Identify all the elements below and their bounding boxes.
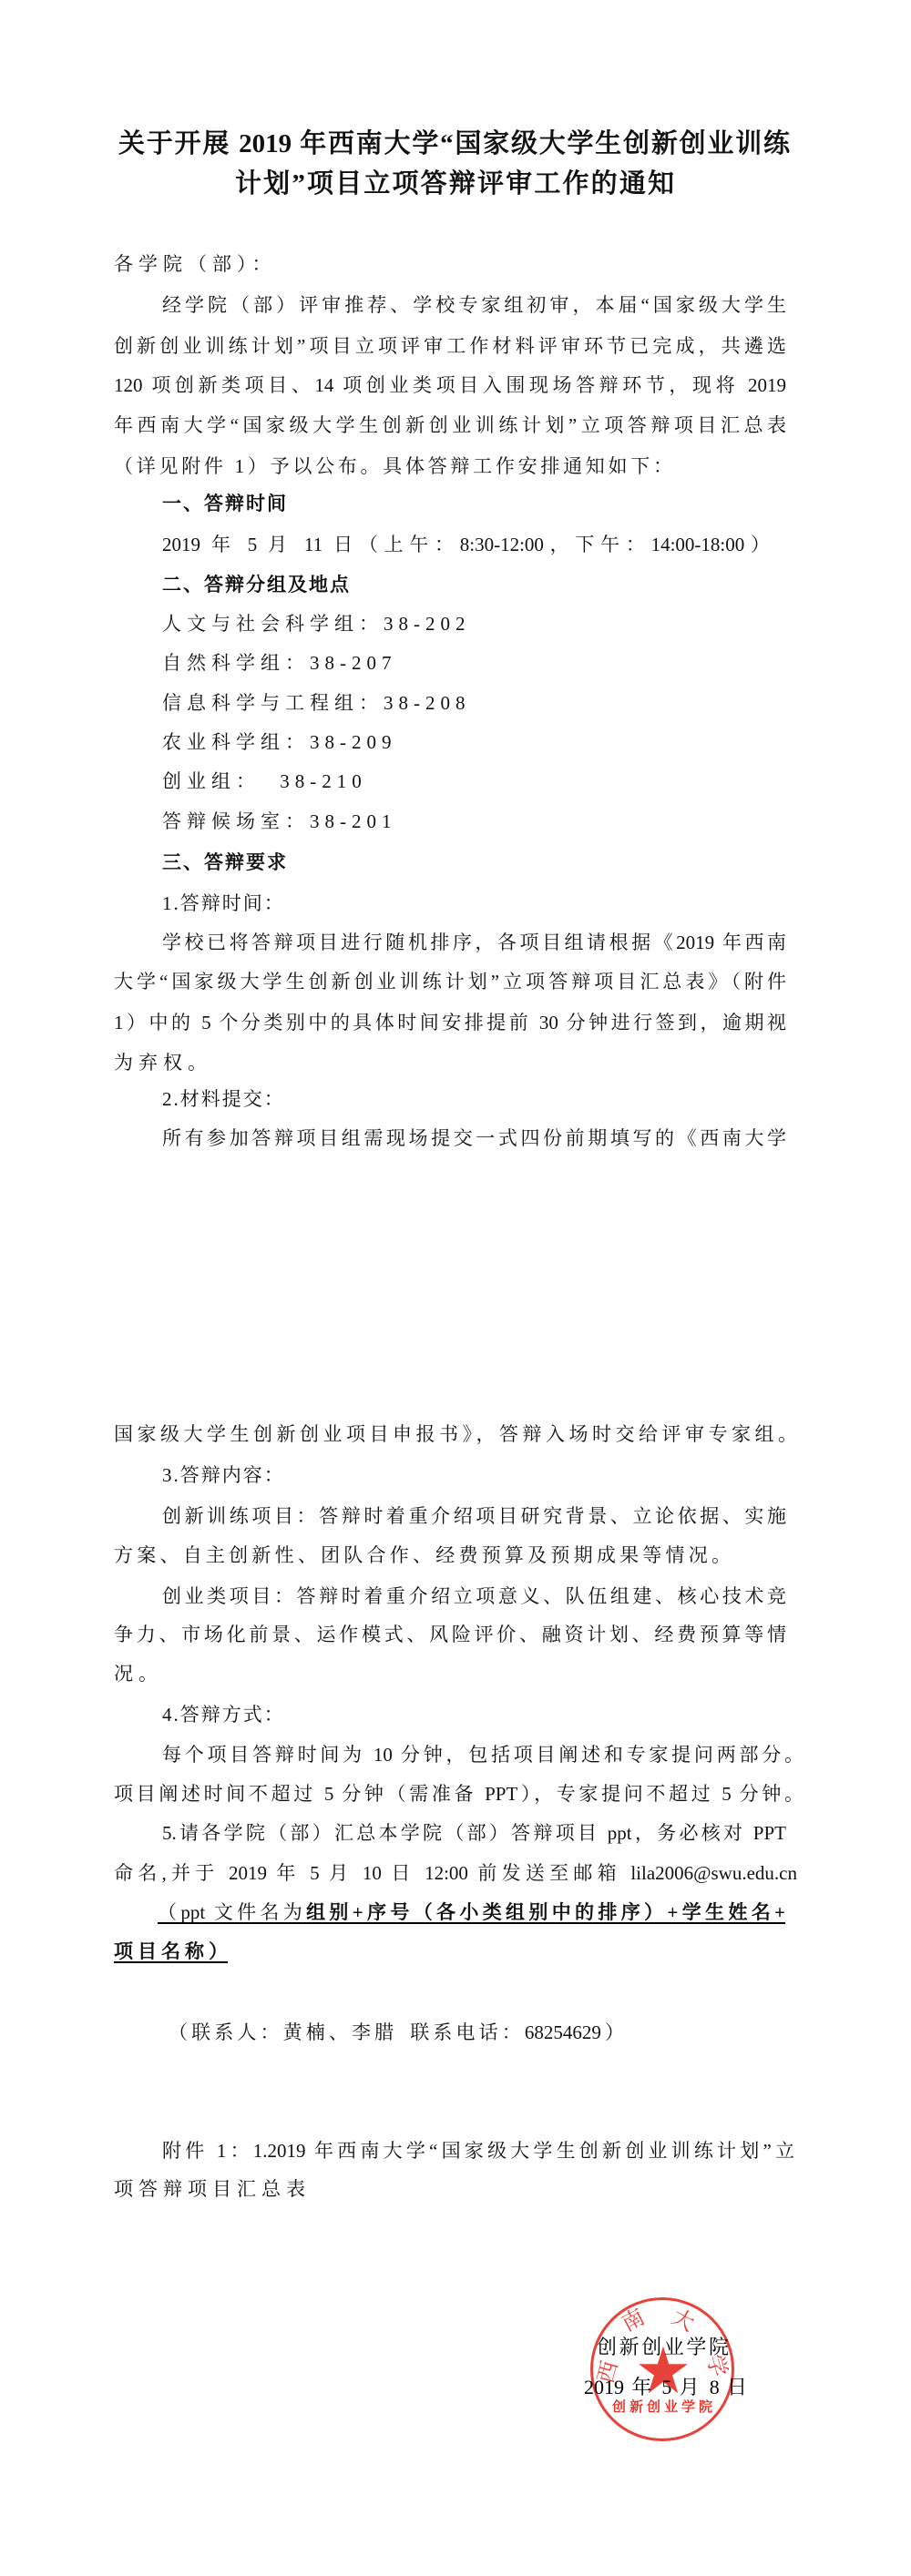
requirement-line: 方案、自主创新性、团队合作、经费预算及预期成果等情况。: [114, 1542, 731, 1569]
requirement-line: 国家级大学生创新创业项目申报书》，答辩入场时交给评审专家组。: [114, 1420, 797, 1448]
group-room: 38-209: [310, 731, 397, 753]
section-heading: 二、答辩分组及地点: [162, 571, 351, 598]
intro-line: 120 项创新类项目、14 项创业类项目入围现场答辩环节，现将 2019: [114, 372, 786, 399]
group-name: 自然科学组：: [162, 652, 310, 674]
filename-note-line-2: 项目名称）: [114, 1938, 228, 1963]
group-room: 38-210: [280, 770, 367, 792]
group-name: 答辩候场室：: [162, 810, 310, 832]
requirement-heading: 1.答辩时间：: [162, 890, 285, 917]
filename-note-prefix: （ppt 文件名为: [158, 1901, 306, 1923]
attachment-line: 项答辩项目汇总表: [114, 2175, 311, 2203]
group-room: 38-207: [310, 652, 397, 674]
group-name: 信息科学与工程组：: [162, 692, 384, 714]
section-heading: 三、答辩要求: [162, 849, 288, 876]
filename-format-note: （ppt 文件名为组别+序号（各小类组别中的排序）+学生姓名+: [158, 1899, 785, 1924]
intro-line: 经学院（部）评审推荐、学校专家组初审，本届“国家级大学生: [162, 291, 786, 319]
requirement-line: 为弃权。: [114, 1049, 212, 1076]
requirement-line: 5.请各学院（部）汇总本学院（部）答辩项目 ppt，务必核对 PPT: [162, 1819, 786, 1847]
group-row: 创业组： 38-210: [162, 768, 367, 795]
requirement-line: 所有参加答辩项目组需现场提交一式四份前期填写的《西南大学: [162, 1125, 786, 1152]
requirement-line: 争力、市场化前景、运作模式、风险评价、融资计划、经费预算等情: [114, 1621, 786, 1648]
contact-phone: 联系电话：68254629）: [410, 2021, 624, 2043]
notice-title-line-2: 计划”项目立项答辩评审工作的通知: [235, 168, 674, 200]
requirement-line: 项目阐述时间不超过 5 分钟（需准备 PPT），专家提问不超过 5 分钟。: [114, 1780, 804, 1807]
group-name: 创业组：: [162, 770, 271, 792]
group-row: 答辩候场室：38-201: [162, 808, 397, 835]
signature-org: 创新创业学院: [597, 2334, 729, 2361]
group-row: 农业科学组：38-209: [162, 728, 397, 756]
group-row: 人文与社会科学组：38-202: [162, 610, 471, 637]
signature-date: 2019 年 5 月 8 日: [584, 2374, 747, 2401]
requirement-line: 每个项目答辩时间为 10 分钟，包括项目阐述和专家提问两部分。: [162, 1741, 804, 1768]
requirement-heading: 2.材料提交：: [162, 1085, 285, 1113]
requirement-line: 大学“国家级大学生创新创业训练计划”立项答辩项目汇总表》（附件: [114, 968, 786, 995]
group-name: 农业科学组：: [162, 731, 310, 753]
group-row: 信息科学与工程组：38-208: [162, 689, 471, 717]
contact-line: （联系人：黄楠、李腊联系电话：68254629）: [169, 2019, 624, 2046]
group-name: 人文与社会科学组：: [162, 613, 384, 635]
group-room: 38-201: [310, 810, 397, 832]
intro-line: 创新创业训练计划”项目立项评审工作材料评审环节已完成，共遴选: [114, 332, 786, 360]
attachment-line: 附件 1：1.2019 年西南大学“国家级大学生创新创业训练计划”立: [162, 2137, 794, 2164]
contact-persons: （联系人：黄楠、李腊: [169, 2021, 397, 2043]
intro-line: 年西南大学“国家级大学生创新创业训练计划”立项答辩项目汇总表: [114, 412, 786, 439]
requirement-line: 况。: [114, 1660, 163, 1687]
intro-line: （详见附件 1）予以公布。具体答辩工作安排通知如下：: [114, 453, 672, 480]
group-row: 自然科学组：38-207: [162, 649, 397, 677]
filename-note-format: 组别+序号（各小类组别中的排序）+学生姓名+: [306, 1901, 785, 1923]
defense-schedule: 2019 年 5 月 11 日（上午：8:30-12:00，下午：14:00-1…: [162, 531, 770, 558]
notice-title-line-1: 关于开展 2019 年西南大学“国家级大学生创新创业训练: [118, 127, 790, 160]
requirement-heading: 4.答辩方式：: [162, 1701, 285, 1728]
requirement-line: 创业类项目：答辩时着重介绍立项意义、队伍组建、核心技术竞: [162, 1583, 786, 1610]
submission-email-line: 命名,并于 2019 年 5 月 10 日 12:00 前发送至邮箱 lila2…: [114, 1859, 797, 1887]
group-room: 38-208: [384, 692, 471, 714]
group-room: 38-202: [384, 613, 471, 635]
requirement-line: 学校已将答辩项目进行随机排序，各项目组请根据《2019 年西南: [162, 929, 786, 956]
requirement-line: 创新训练项目：答辩时着重介绍项目研究背景、立论依据、实施: [162, 1502, 786, 1530]
requirement-heading: 3.答辩内容：: [162, 1461, 285, 1489]
requirement-line: 1）中的 5 个分类别中的具体时间安排提前 30 分钟进行签到，逾期视: [114, 1009, 786, 1036]
section-heading: 一、答辩时间: [162, 490, 288, 517]
salutation: 各学院（部）：: [114, 250, 277, 278]
